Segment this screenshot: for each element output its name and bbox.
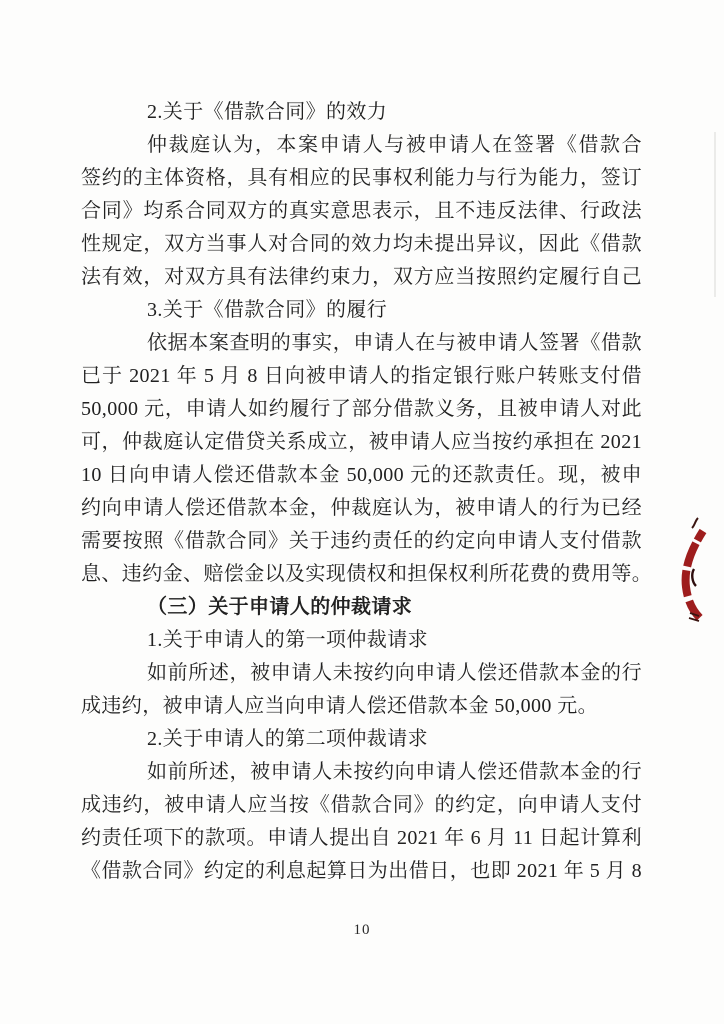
text-line: 如前所述，被申请人未按约向申请人偿还借款本金的行为已经构 [81, 756, 642, 789]
text-line: 可，仲裁庭认定借贷关系成立，被申请人应当按约承担在 2021 年 6 月 [81, 426, 642, 459]
text-line: 依据本案查明的事实，申请人在与被申请人签署《借款合同》后， [81, 327, 642, 360]
text-line: 法有效，对双方具有法律约束力，双方应当按照约定履行自己的义务。 [81, 261, 642, 294]
text-line: 签约的主体资格，具有相应的民事权利能力与行为能力，签订的《借款 [81, 162, 642, 195]
text-line: 约责任项下的款项。申请人提出自 2021 年 6 月 11 日起计算利息，而 [81, 822, 642, 855]
document-body: 2.关于《借款合同》的效力仲裁庭认为，本案申请人与被申请人在签署《借款合同》时均… [81, 96, 642, 888]
paging-seal-icon [681, 513, 709, 627]
text-line: 成违约，被申请人应当按《借款合同》的约定，向申请人支付利息及违 [81, 789, 642, 822]
document-page: 2.关于《借款合同》的效力仲裁庭认为，本案申请人与被申请人在签署《借款合同》时均… [0, 0, 724, 1024]
text-line: 性规定，双方当事人对合同的效力均未提出异议，因此《借款合同》合 [81, 228, 642, 261]
text-line: 约向申请人偿还借款本金，仲裁庭认为，被申请人的行为已经构成违约， [81, 492, 642, 525]
text-line: 50,000 元，申请人如约履行了部分借款义务，且被申请人对此予以认 [81, 393, 642, 426]
text-line: 2.关于申请人的第二项仲裁请求 [81, 723, 642, 756]
text-line: （三）关于申请人的仲裁请求 [81, 591, 642, 624]
text-line: 2.关于《借款合同》的效力 [81, 96, 642, 129]
text-line: 息、违约金、赔偿金以及实现债权和担保权利所花费的费用等。 [81, 558, 642, 591]
text-line: 成违约，被申请人应当向申请人偿还借款本金 50,000 元。 [81, 690, 642, 723]
page-number: 10 [0, 922, 724, 939]
text-line: 需要按照《借款合同》关于违约责任的约定向申请人支付借款本金、利 [81, 525, 642, 558]
text-line: 《借款合同》约定的利息起算日为出借日，也即 2021 年 5 月 8 日，早 [81, 855, 642, 888]
text-line: 10 日向申请人偿还借款本金 50,000 元的还款责任。现，被申请人未按 [81, 459, 642, 492]
text-line: 如前所述，被申请人未按约向申请人偿还借款本金的行为已经构 [81, 657, 642, 690]
text-line: 合同》均系合同双方的真实意思表示，且不违反法律、行政法规的强制 [81, 195, 642, 228]
text-line: 仲裁庭认为，本案申请人与被申请人在签署《借款合同》时均具有 [81, 129, 642, 162]
scan-edge-artifact [714, 132, 716, 297]
text-line: 已于 2021 年 5 月 8 日向被申请人的指定银行账户转账支付借款本金 [81, 360, 642, 393]
text-line: 1.关于申请人的第一项仲裁请求 [81, 624, 642, 657]
text-line: 3.关于《借款合同》的履行 [81, 294, 642, 327]
text-lines: 2.关于《借款合同》的效力仲裁庭认为，本案申请人与被申请人在签署《借款合同》时均… [81, 96, 642, 888]
